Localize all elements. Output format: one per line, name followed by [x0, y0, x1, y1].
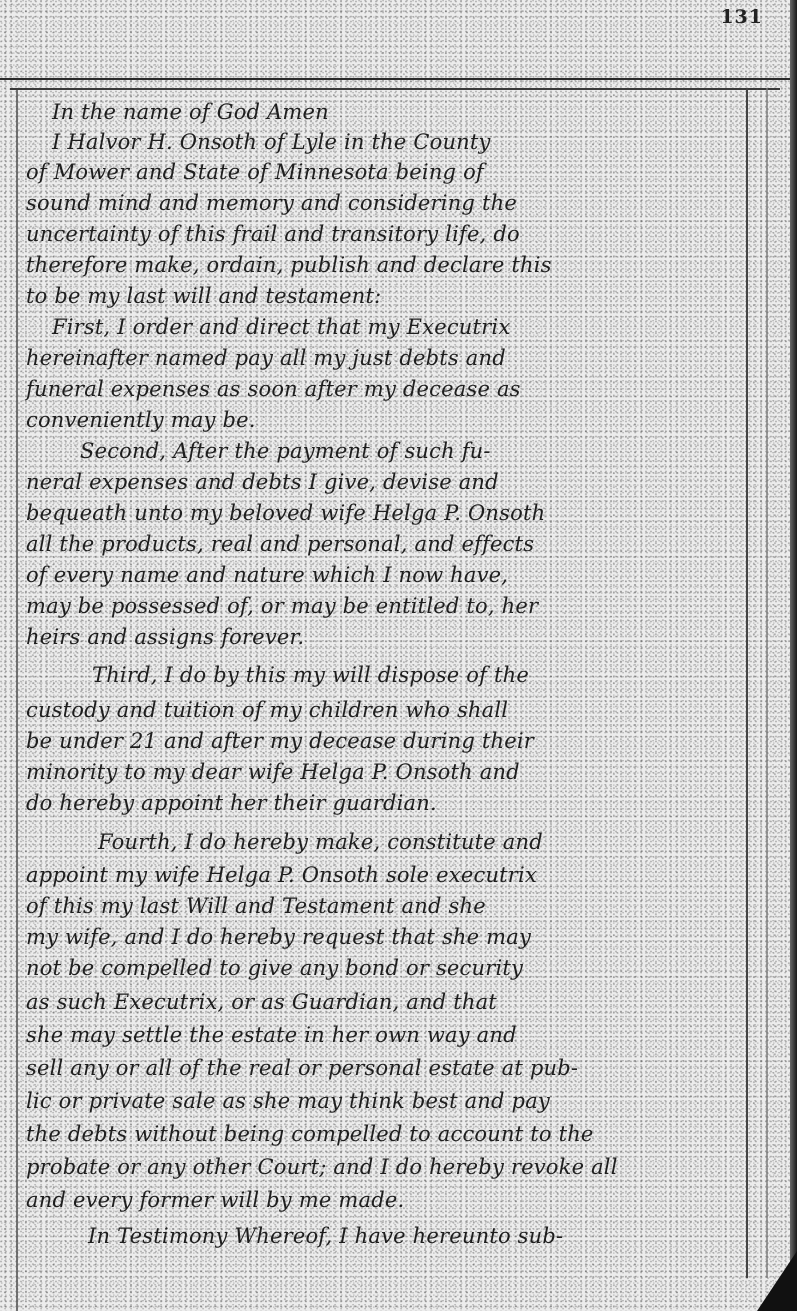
handwritten-line: as such Executrix, or as Guardian, and t…: [26, 990, 497, 1014]
handwritten-line: bequeath unto my beloved wife Helga P. O…: [26, 501, 545, 525]
handwritten-line: Second, After the payment of such fu-: [80, 439, 491, 463]
handwritten-line: the debts without being compelled to acc…: [26, 1122, 594, 1146]
handwritten-line: and every former will by me made.: [26, 1188, 404, 1212]
left-margin-line: [16, 90, 18, 1311]
page-number: 131: [720, 6, 763, 28]
top-rule-line: [0, 78, 790, 80]
handwritten-line: Fourth, I do hereby make, constitute and: [98, 830, 543, 854]
handwritten-line: sound mind and memory and considering th…: [26, 191, 517, 215]
handwritten-line: hereinafter named pay all my just debts …: [26, 346, 506, 370]
handwritten-line: Third, I do by this my will dispose of t…: [92, 663, 529, 687]
handwritten-line: lic or private sale as she may think bes…: [26, 1089, 550, 1113]
handwritten-line: probate or any other Court; and I do her…: [26, 1155, 618, 1179]
top-rule-line-inner: [10, 88, 780, 90]
handwritten-line: uncertainty of this frail and transitory…: [26, 222, 520, 246]
handwritten-line: do hereby appoint her their guardian.: [26, 791, 437, 815]
handwritten-line: I Halvor H. Onsoth of Lyle in the County: [52, 130, 491, 154]
handwritten-line: she may settle the estate in her own way…: [26, 1023, 517, 1047]
handwritten-line: therefore make, ordain, publish and decl…: [26, 253, 552, 277]
handwritten-line: of every name and nature which I now hav…: [26, 563, 508, 587]
handwritten-line: In the name of God Amen: [52, 100, 329, 124]
handwritten-line: sell any or all of the real or personal …: [26, 1056, 578, 1080]
handwritten-line: my wife, and I do hereby request that sh…: [26, 925, 531, 949]
handwritten-line: of this my last Will and Testament and s…: [26, 894, 486, 918]
handwritten-line: conveniently may be.: [26, 408, 256, 432]
scan-edge-shadow: [790, 0, 797, 1311]
handwritten-line: of Mower and State of Minnesota being of: [26, 160, 484, 184]
handwritten-line: funeral expenses as soon after my deceas…: [26, 377, 521, 401]
scanned-will-page: 131 In the name of God Amen I Halvor H. …: [0, 0, 797, 1311]
handwritten-line: be under 21 and after my decease during …: [26, 729, 534, 753]
handwritten-line: In Testimony Whereof, I have hereunto su…: [88, 1224, 563, 1248]
handwritten-line: First, I order and direct that my Execut…: [52, 315, 510, 339]
handwritten-line: all the products, real and personal, and…: [26, 532, 534, 556]
handwritten-line: to be my last will and testament:: [26, 284, 381, 308]
right-margin-line: [746, 88, 748, 1278]
handwritten-line: appoint my wife Helga P. Onsoth sole exe…: [26, 863, 537, 887]
handwritten-line: may be possessed of, or may be entitled …: [26, 594, 538, 618]
scan-corner-shadow: [757, 1251, 797, 1311]
handwritten-line: not be compelled to give any bond or sec…: [26, 956, 523, 980]
handwritten-line: neral expenses and debts I give, devise …: [26, 470, 499, 494]
handwritten-line: heirs and assigns forever.: [26, 625, 304, 649]
right-margin-line-outer: [766, 88, 768, 1278]
handwritten-line: custody and tuition of my children who s…: [26, 698, 508, 722]
handwritten-line: minority to my dear wife Helga P. Onsoth…: [26, 760, 520, 784]
